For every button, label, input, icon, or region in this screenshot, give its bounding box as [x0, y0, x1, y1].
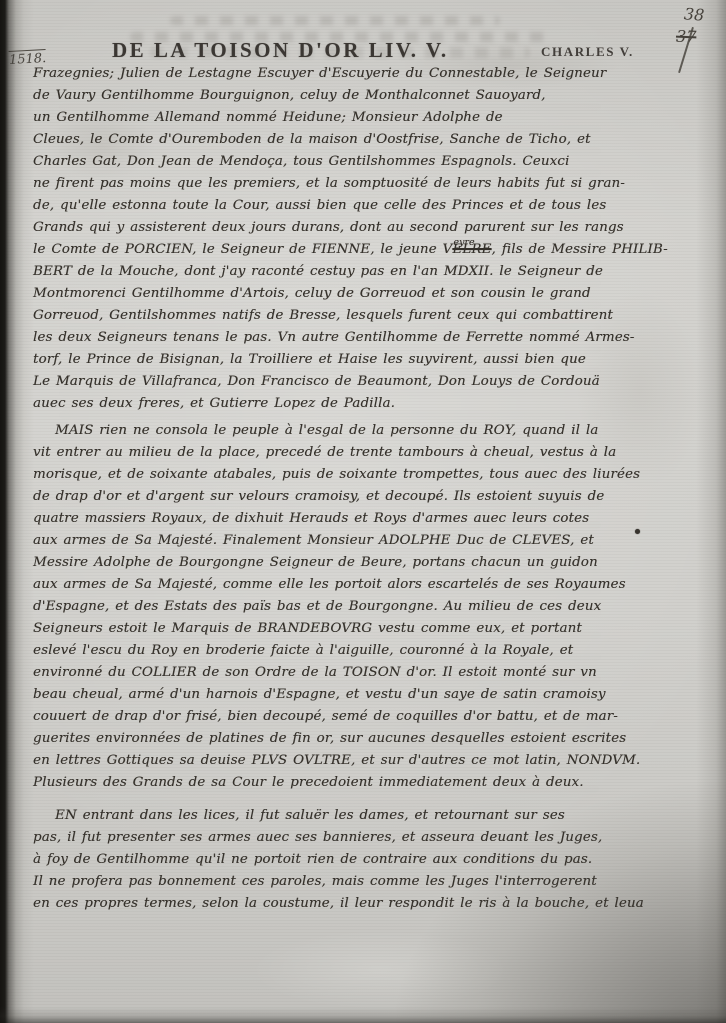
manuscript-text-segment: quatre massiers Royaux, de dixhuit Herau… — [33, 511, 589, 526]
interlinear-correction: eyre — [453, 232, 474, 254]
manuscript-text-segment: de, qu'elle estonna toute la Cour, aussi… — [33, 198, 606, 213]
manuscript-text-segment: de Vaury Gentilhomme Bourguignon, celuy … — [33, 88, 546, 103]
manuscript-line: Grands qui y assisterent deux jours dura… — [33, 217, 618, 239]
ink-spot — [635, 529, 640, 534]
page-title: DE LA TOISON D'OR LIV. V. — [112, 38, 449, 63]
manuscript-text-segment: aux armes de Sa Majesté. Finalement Mons… — [33, 533, 594, 548]
manuscript-line: beau cheual, armé d'un harnois d'Espagne… — [33, 684, 618, 706]
manuscript-line: en lettres Gottiques sa deuise PLVS OVLT… — [33, 750, 618, 772]
corrected-word: ELREeyre — [452, 242, 491, 257]
manuscript-line: morisque, et de soixante atabales, puis … — [33, 464, 618, 486]
manuscript-text-segment: un Gentilhomme Allemand nommé Heidune; M… — [33, 110, 503, 125]
manuscript-text-segment: les deux Seigneurs tenans le pas. Vn aut… — [33, 330, 634, 345]
manuscript-text-segment: ne firent pas moins que les premiers, et… — [33, 176, 625, 191]
manuscript-line: MAIS rien ne consola le peuple à l'esgal… — [33, 420, 618, 442]
manuscript-line: d'Espagne, et des Estats des païs bas et… — [33, 596, 618, 618]
manuscript-line: un Gentilhomme Allemand nommé Heidune; M… — [33, 107, 618, 129]
binding-edge-shadow — [0, 0, 34, 1023]
manuscript-line: de drap d'or et d'argent sur velours cra… — [33, 486, 618, 508]
manuscript-line: de, qu'elle estonna toute la Cour, aussi… — [33, 195, 618, 217]
manuscript-text-segment: beau cheual, armé d'un harnois d'Espagne… — [33, 687, 606, 702]
manuscript-text-segment: morisque, et de soixante atabales, puis … — [33, 467, 640, 482]
manuscript-text-segment: en lettres Gottiques sa deuise PLVS OVLT… — [33, 753, 640, 768]
manuscript-line: Charles Gat, Don Jean de Mendoça, tous G… — [33, 151, 618, 173]
manuscript-line: quatre massiers Royaux, de dixhuit Herau… — [33, 508, 618, 530]
manuscript-text-segment: guerites environnées de platines de fin … — [33, 731, 626, 746]
manuscript-line: ne firent pas moins que les premiers, et… — [33, 173, 618, 195]
bottom-edge-shadow — [0, 1007, 726, 1023]
manuscript-line: auec ses deux freres, et Gutierre Lopez … — [33, 393, 618, 415]
page-curl-shadow — [396, 783, 726, 1023]
manuscript-text-segment: Seigneurs estoit le Marquis de BRANDEBOV… — [33, 621, 582, 636]
manuscript-line: environné du COLLIER de son Ordre de la … — [33, 662, 618, 684]
manuscript-line: les deux Seigneurs tenans le pas. Vn aut… — [33, 327, 618, 349]
manuscript-line: le Comte de PORCIEN, le Seigneur de FIEN… — [33, 239, 618, 261]
manuscript-text-segment: Charles Gat, Don Jean de Mendoça, tous G… — [33, 154, 569, 169]
manuscript-text-segment: Gorreuod, Gentilshommes natifs de Bresse… — [33, 308, 613, 323]
manuscript-line: Messire Adolphe de Bourgongne Seigneur d… — [33, 552, 618, 574]
manuscript-text-segment: couuert de drap d'or frisé, bien decoupé… — [33, 709, 618, 724]
manuscript-text-segment: de drap d'or et d'argent sur velours cra… — [33, 489, 604, 504]
manuscript-text-segment: Le Marquis de Villafranca, Don Francisco… — [33, 374, 600, 389]
manuscript-line: Le Marquis de Villafranca, Don Francisco… — [33, 371, 618, 393]
manuscript-line: de Vaury Gentilhomme Bourguignon, celuy … — [33, 85, 618, 107]
manuscript-text-segment: auec ses deux freres, et Gutierre Lopez … — [33, 396, 395, 411]
manuscript-text-segment: vit entrer au milieu de la place, preced… — [33, 445, 616, 460]
manuscript-text-segment: le Comte de PORCIEN, le Seigneur de FIEN… — [33, 242, 452, 257]
manuscript-text-segment: , fils de Messire PHILIB- — [491, 242, 667, 257]
manuscript-text-segment: environné du COLLIER de son Ordre de la … — [33, 665, 597, 680]
manuscript-text-segment: aux armes de Sa Majesté, comme elle les … — [33, 577, 626, 592]
manuscript-line: guerites environnées de platines de fin … — [33, 728, 618, 750]
page-edge-shadow — [696, 0, 726, 1023]
running-header: CHARLES V. — [541, 44, 634, 60]
manuscript-text-segment: d'Espagne, et des Estats des païs bas et… — [33, 599, 601, 614]
manuscript-line: couuert de drap d'or frisé, bien decoupé… — [33, 706, 618, 728]
manuscript-text-segment: Messire Adolphe de Bourgongne Seigneur d… — [33, 555, 598, 570]
manuscript-line: Montmorenci Gentilhomme d'Artois, celuy … — [33, 283, 618, 305]
manuscript-line: eslevé l'escu du Roy en broderie faicte … — [33, 640, 618, 662]
manuscript-text-segment: Frazegnies; Julien de Lestagne Escuyer d… — [33, 66, 606, 81]
manuscript-line: Gorreuod, Gentilshommes natifs de Bresse… — [33, 305, 618, 327]
manuscript-text-segment: Grands qui y assisterent deux jours dura… — [33, 220, 624, 235]
manuscript-line: aux armes de Sa Majesté, comme elle les … — [33, 574, 618, 596]
manuscript-text-segment: Cleues, le Comte d'Ouremboden de la mais… — [33, 132, 591, 147]
manuscript-line: Frazegnies; Julien de Lestagne Escuyer d… — [33, 63, 618, 85]
manuscript-line: torf, le Prince de Bisignan, la Troillie… — [33, 349, 618, 371]
manuscript-line: Seigneurs estoit le Marquis de BRANDEBOV… — [33, 618, 618, 640]
manuscript-text-segment: Montmorenci Gentilhomme d'Artois, celuy … — [33, 286, 591, 301]
manuscript-text-segment: BERT de la Mouche, dont j'ay raconté ces… — [33, 264, 603, 279]
manuscript-text-segment: torf, le Prince de Bisignan, la Troillie… — [33, 352, 586, 367]
manuscript-paragraph-1: Frazegnies; Julien de Lestagne Escuyer d… — [33, 63, 618, 415]
manuscript-line: vit entrer au milieu de la place, preced… — [33, 442, 618, 464]
manuscript-line: aux armes de Sa Majesté. Finalement Mons… — [33, 530, 618, 552]
manuscript-line: Cleues, le Comte d'Ouremboden de la mais… — [33, 129, 618, 151]
manuscript-text-segment: MAIS rien ne consola le peuple à l'esgal… — [55, 423, 598, 438]
manuscript-paragraph-2: MAIS rien ne consola le peuple à l'esgal… — [33, 420, 618, 794]
manuscript-line: BERT de la Mouche, dont j'ay raconté ces… — [33, 261, 618, 283]
manuscript-page-scan: DE LA TOISON D'OR LIV. V. CHARLES V. 38 … — [0, 0, 726, 1023]
manuscript-text-segment: eslevé l'escu du Roy en broderie faicte … — [33, 643, 573, 658]
verso-bleedthrough — [170, 16, 500, 25]
